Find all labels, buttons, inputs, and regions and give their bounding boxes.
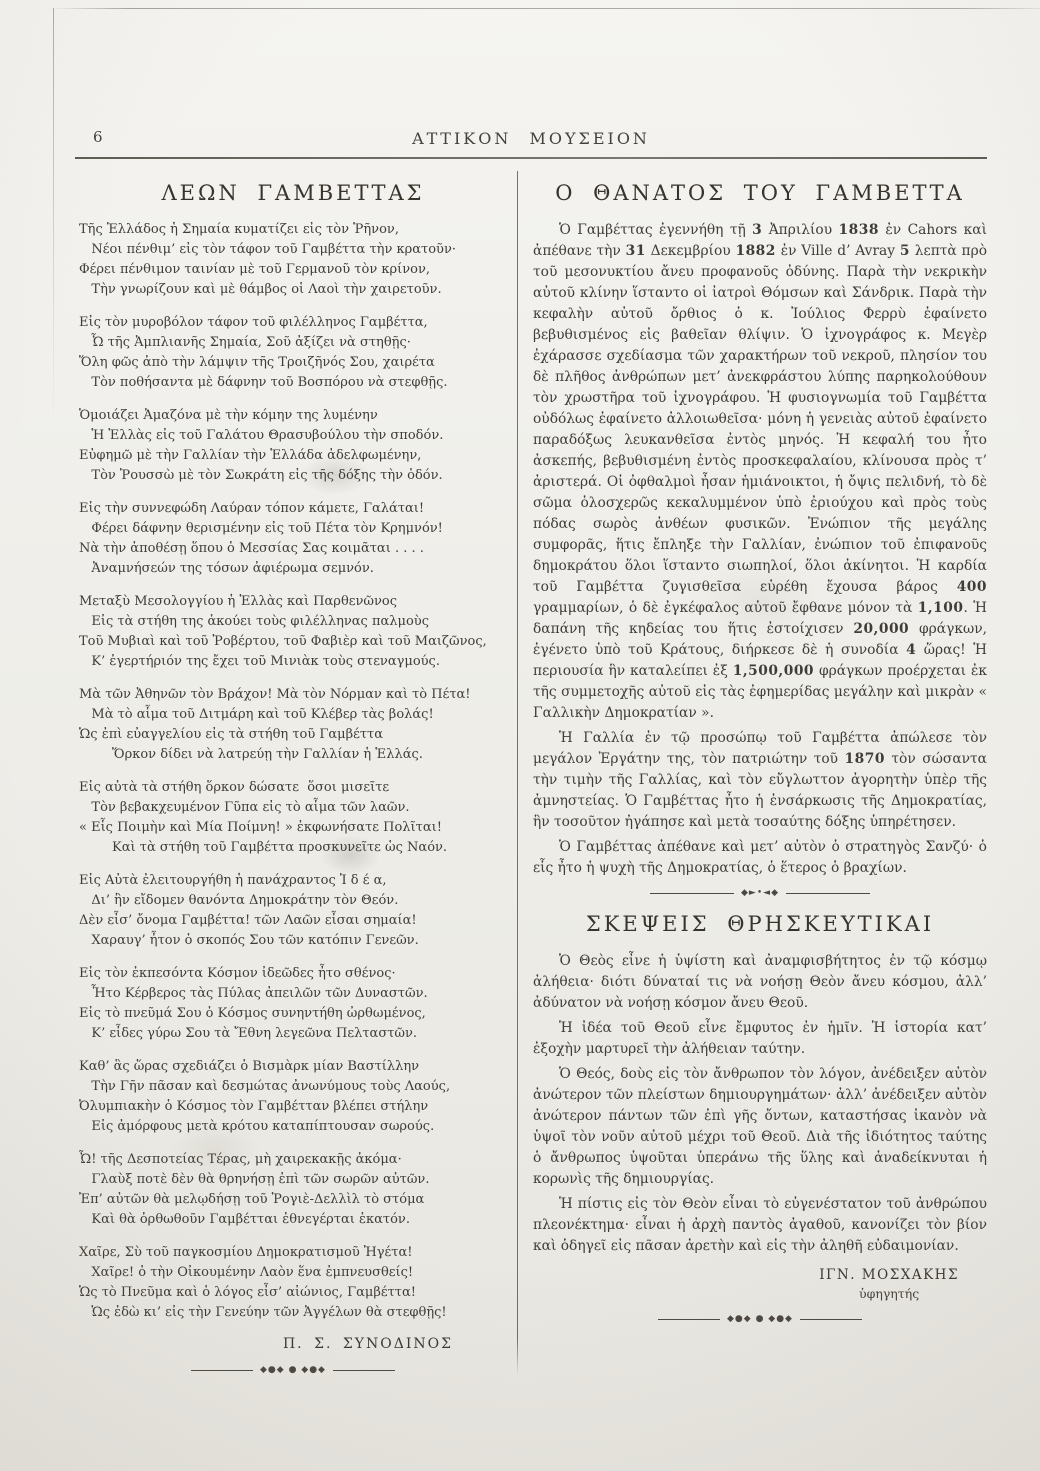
poem-line: Εἰς τὸν ἐκπεσόντα Κόσμον ἰδεῶδες ἦτο σθέ… (79, 964, 511, 984)
page-edge-left (53, 8, 54, 428)
poem-line: Κ’ ἐγερτήριόν της ἔχει τοῦ Μινιὰκ τοὺς σ… (79, 652, 511, 672)
poem-stanza: Ὦ! τῆς Δεσποτείας Τέρας, μὴ χαιρεκακῇς ἀ… (79, 1150, 511, 1230)
poem-line: Τὴν γνωρίζουν καὶ μὲ θάμβος οἱ Λαοὶ τὴν … (79, 280, 511, 300)
left-column: ΛΕΩΝ ΓΑΜΒΕΤΤΑΣ Τῆς Ἑλλάδος ἡ Σημαία κυμα… (75, 171, 517, 1375)
poem-line: Ὅλη φῶς ἀπὸ τὴν λάμψιν τῆς Τροιζῆνός Σου… (79, 353, 511, 373)
paragraph: Ὁ Γαμβέττας ἀπέθανε καὶ μετ’ αὐτὸν ὁ στρ… (533, 837, 987, 879)
divider-line (800, 1319, 862, 1320)
divider-line (191, 1370, 253, 1371)
page-content: 6 ΑΤΤΙΚΟΝ ΜΟΥΣΕΙΟΝ ΛΕΩΝ ΓΑΜΒΕΤΤΑΣ Τῆς Ἑλ… (75, 128, 987, 1375)
poem-line: Ἐπ’ αὐτῶν θὰ μελῳδήσῃ τοῦ Ῥογιὲ-Δελλὶλ τ… (79, 1190, 511, 1210)
poem-line: Εἰς τὴν συννεφώδη Λαύραν τόπον κάμετε, Γ… (79, 499, 511, 519)
poem-line: Ἦτο Κέρβερος τὰς Πύλας ἀπειλῶν τῶν Δυνασ… (79, 984, 511, 1004)
poem-line: Τὸν βεβακχευμένον Γῦπα εἰς τὸ αἷμα τῶν λ… (79, 798, 511, 818)
author-signature: ΙΓΝ. ΜΟΣΧΑΚΗΣ ὑφηγητής (819, 1267, 959, 1301)
author-role: ὑφηγητής (819, 1286, 959, 1301)
poem-line: Μὰ τῶν Ἀθηνῶν τὸν Βράχον! Μὰ τὸν Νόρμαν … (79, 685, 511, 705)
poem-line: Μὰ τὸ αἷμα τοῦ Διτμάρη καὶ τοῦ Κλέβερ τὰ… (79, 705, 511, 725)
poem-stanza: Ὁμοιάζει Ἀμαζόνα μὲ τὴν κόμην της λυμένη… (79, 406, 511, 486)
poem-stanza: Καθ’ ἃς ὥρας σχεδιάζει ὁ Βισμὰρκ μίαν Βα… (79, 1057, 511, 1137)
page-header: 6 ΑΤΤΙΚΟΝ ΜΟΥΣΕΙΟΝ (75, 128, 987, 150)
poem-stanza: Μὰ τῶν Ἀθηνῶν τὸν Βράχον! Μὰ τὸν Νόρμαν … (79, 685, 511, 765)
poem-stanza: Εἰς τὴν συννεφώδη Λαύραν τόπον κάμετε, Γ… (79, 499, 511, 579)
columns: ΛΕΩΝ ΓΑΜΒΕΤΤΑΣ Τῆς Ἑλλάδος ἡ Σημαία κυμα… (75, 171, 987, 1375)
divider-line (786, 893, 870, 894)
poem-line: Ἀναμνήσεών της τόσων ἀφιέρωμα σεμνόν. (79, 559, 511, 579)
poem-line: Μεταξὺ Μεσολογγίου ἡ Ἑλλὰς καὶ Παρθενῶνο… (79, 592, 511, 612)
poem-line: Κ’ εἶδες γύρω Σου τὰ Ἔθνη λεγεῶνα Πελτασ… (79, 1024, 511, 1044)
poem-line: Ὦ! τῆς Δεσποτείας Τέρας, μὴ χαιρεκακῇς ἀ… (79, 1150, 511, 1170)
poem-line: Χαῖρε! ὁ τὴν Οἰκουμένην Λαὸν ἕνα ἐμπνευσ… (79, 1263, 511, 1283)
poem-stanza: Τῆς Ἑλλάδος ἡ Σημαία κυματίζει εἰς τὸν Ῥ… (79, 220, 511, 300)
poem-line: « Εἷς Ποιμὴν καὶ Μία Ποίμνη! » ἐκφωνήσατ… (79, 818, 511, 838)
poem-line: Ἡ Ἑλλὰς εἰς τοῦ Γαλάτου Θρασυβούλου τὴν … (79, 426, 511, 446)
poem-line: Νέοι πένθιμ’ εἰς τὸν τάφον τοῦ Γαμβέττα … (79, 240, 511, 260)
poem-line: Εὐφημῶ μὲ τὴν Γαλλίαν τὴν Ἑλλάδα ἀδελφωμ… (79, 446, 511, 466)
poem-line: Χαῖρε, Σὺ τοῦ παγκοσμίου Δημοκρατισμοῦ Ἡ… (79, 1243, 511, 1263)
poem-stanza: Χαῖρε, Σὺ τοῦ παγκοσμίου Δημοκρατισμοῦ Ἡ… (79, 1243, 511, 1323)
poem-line: Νὰ τὴν ἀποθέσῃ ὅπου ὁ Μεσσίας Σας κοιμᾶτ… (79, 539, 511, 559)
page-edge-top (50, 8, 1040, 9)
poem-line: Καὶ τὰ στήθη τοῦ Γαμβέττα προσκυνεῖτε ὡς… (79, 838, 511, 858)
right-column-end-divider: ◆●◆ ● ◆●◆ (533, 1315, 987, 1324)
paragraph: Ὁ Γαμβέττας ἐγεννήθη τῇ 3 Ἀπριλίου 1838 … (533, 220, 987, 724)
beads-ornament-icon: ◆●◆ ● ◆●◆ (720, 1315, 800, 1324)
arrow-ornament-icon: ◆►•◄◆ (734, 889, 786, 898)
poem-stanza: Εἰς τὸν μυροβόλον τάφον τοῦ φιλέλληνος Γ… (79, 313, 511, 393)
poem-stanza: Εἰς τὸν ἐκπεσόντα Κόσμον ἰδεῶδες ἦτο σθέ… (79, 964, 511, 1044)
article-thoughts-body: Ὁ Θεὸς εἶνε ἡ ὑψίστη καὶ ἀναμφισβήτητος … (533, 951, 987, 1257)
poem-line: Τὸν Ῥουσσὼ μὲ τὸν Σωκράτη εἰς τῆς δόξης … (79, 466, 511, 486)
poem-line: Χαραυγ’ ἦτον ὁ σκοπός Σου τῶν κατόπιν Γε… (79, 931, 511, 951)
beads-ornament-icon: ◆●◆ ● ◆●◆ (253, 1366, 333, 1375)
poem-line: Δι’ ἣν εἴδομεν θανόντα Δημοκράτην τὸν Θε… (79, 891, 511, 911)
poem-line: Εἰς Αὐτὰ ἐλειτουργήθη ἡ πανάχραντος Ἰ δ … (79, 871, 511, 891)
poem-line: Εἰς τὰ στήθη της ἀκούει τοὺς φιλέλληνας … (79, 612, 511, 632)
journal-title: ΑΤΤΙΚΟΝ ΜΟΥΣΕΙΟΝ (75, 129, 987, 148)
paragraph: Ἡ Γαλλία ἐν τῷ προσώπῳ τοῦ Γαμβέττα ἀπώλ… (533, 728, 987, 833)
poem-line: Εἰς ἀμόρφους μετὰ κρότου καταπίπτουσαν σ… (79, 1117, 511, 1137)
poem-body: Τῆς Ἑλλάδος ἡ Σημαία κυματίζει εἰς τὸν Ῥ… (79, 220, 511, 1323)
article-title-thoughts: ΣΚΕΨΕΙΣ ΘΡΗΣΚΕΥΤΙΚΑΙ (533, 912, 987, 936)
poem-line: Εἰς αὐτὰ τὰ στήθη ὅρκον δώσατε ὅσοι μισε… (79, 778, 511, 798)
poem-line: Τοῦ Μυβιαὶ καὶ τοῦ Ῥοβέρτου, τοῦ Φαβιὲρ … (79, 632, 511, 652)
poem-line: Καὶ θὰ ὀρθωθοῦν Γαμβέτται ἐθνεγέρται ἑκα… (79, 1210, 511, 1230)
scanned-page: 6 ΑΤΤΙΚΟΝ ΜΟΥΣΕΙΟΝ ΛΕΩΝ ΓΑΜΒΕΤΤΑΣ Τῆς Ἑλ… (0, 0, 1040, 1471)
header-rule (75, 157, 987, 159)
poem-line: Ὦ τῆς Ἀμπλιανῆς Σημαία, Σοῦ ἀξίζει νὰ στ… (79, 333, 511, 353)
divider-line (333, 1370, 395, 1371)
poem-line: Ὡς ἐδὼ κι’ εἰς τὴν Γενεύην τῶν Ἀγγέλων θ… (79, 1303, 511, 1323)
poem-stanza: Εἰς Αὐτὰ ἐλειτουργήθη ἡ πανάχραντος Ἰ δ … (79, 871, 511, 951)
poem-line: Τὴν Γῆν πᾶσαν καὶ δεσμώτας ἀνωνύμους τοὺ… (79, 1077, 511, 1097)
poem-line: Δὲν εἶσ’ ὄνομα Γαμβέττα! τῶν Λαῶν εἶσαι … (79, 911, 511, 931)
article-death-body: Ὁ Γαμβέττας ἐγεννήθη τῇ 3 Ἀπριλίου 1838 … (533, 220, 987, 879)
poem-line: Ὅρκον δίδει νὰ λατρεύῃ τὴν Γαλλίαν ἡ Ἑλλ… (79, 745, 511, 765)
author-name: ΙΓΝ. ΜΟΣΧΑΚΗΣ (819, 1267, 959, 1283)
right-column: Ο ΘΑΝΑΤΟΣ ΤΟΥ ΓΑΜΒΕΤΤΑ Ὁ Γαμβέττας ἐγενν… (518, 171, 987, 1375)
article-title-death: Ο ΘΑΝΑΤΟΣ ΤΟΥ ΓΑΜΒΕΤΤΑ (533, 181, 987, 205)
poem-line: Εἰς τὸν μυροβόλον τάφον τοῦ φιλέλληνος Γ… (79, 313, 511, 333)
divider-line (650, 893, 734, 894)
poem-line: Φέρει δάφνην θερισμένην εἰς τοῦ Πέτα τὸν… (79, 519, 511, 539)
poem-line: Ὡς ἐπὶ εὐαγγελίου εἰς τὰ στήθη τοῦ Γαμβέ… (79, 725, 511, 745)
poem-line: Τὸν ποθήσαντα μὲ δάφνην τοῦ Βοσπόρου νὰ … (79, 373, 511, 393)
left-column-end-divider: ◆●◆ ● ◆●◆ (75, 1366, 511, 1375)
poem-line: Ὀλυμπιακὴν ὁ Κόσμος τὸν Γαμβέτταν βλέπει… (79, 1097, 511, 1117)
poem-line: Καθ’ ἃς ὥρας σχεδιάζει ὁ Βισμὰρκ μίαν Βα… (79, 1057, 511, 1077)
poem-line: Γλαὺξ ποτὲ δὲν θὰ θρηνήσῃ ἐπὶ τῶν σωρῶν … (79, 1170, 511, 1190)
paragraph: Ὁ Θεὸς εἶνε ἡ ὑψίστη καὶ ἀναμφισβήτητος … (533, 951, 987, 1014)
divider-line (658, 1319, 720, 1320)
poem-line: Τῆς Ἑλλάδος ἡ Σημαία κυματίζει εἰς τὸν Ῥ… (79, 220, 511, 240)
poem-line: Φέρει πένθιμον ταινίαν μὲ τοῦ Γερμανοῦ τ… (79, 260, 511, 280)
paragraph: Ἡ πίστις εἰς τὸν Θεὸν εἶναι τὸ εὐγενέστα… (533, 1194, 987, 1257)
paragraph: Ὁ Θεός, δοὺς εἰς τὸν ἄνθρωπον τὸν λόγον,… (533, 1064, 987, 1190)
poem-stanza: Εἰς αὐτὰ τὰ στήθη ὅρκον δώσατε ὅσοι μισε… (79, 778, 511, 858)
poem-line: Ὡς τὸ Πνεῦμα καὶ ὁ λόγος εἶσ’ αἰώνιος, Γ… (79, 1283, 511, 1303)
poem-title: ΛΕΩΝ ΓΑΜΒΕΤΤΑΣ (75, 181, 511, 205)
poem-line: Ὁμοιάζει Ἀμαζόνα μὲ τὴν κόμην της λυμένη… (79, 406, 511, 426)
section-divider: ◆►•◄◆ (533, 889, 987, 898)
poem-stanza: Μεταξὺ Μεσολογγίου ἡ Ἑλλὰς καὶ Παρθενῶνο… (79, 592, 511, 672)
poem-line: Εἰς τὸ πνεῦμά Σου ὁ Κόσμος συνηντήθη ὠρθ… (79, 1004, 511, 1024)
poem-signature: Π. Σ. ΣΥΝΟΔΙΝΟΣ (75, 1336, 453, 1352)
paragraph: Ἡ ἰδέα τοῦ Θεοῦ εἶνε ἔμφυτος ἐν ἡμῖν. Ἡ … (533, 1018, 987, 1060)
